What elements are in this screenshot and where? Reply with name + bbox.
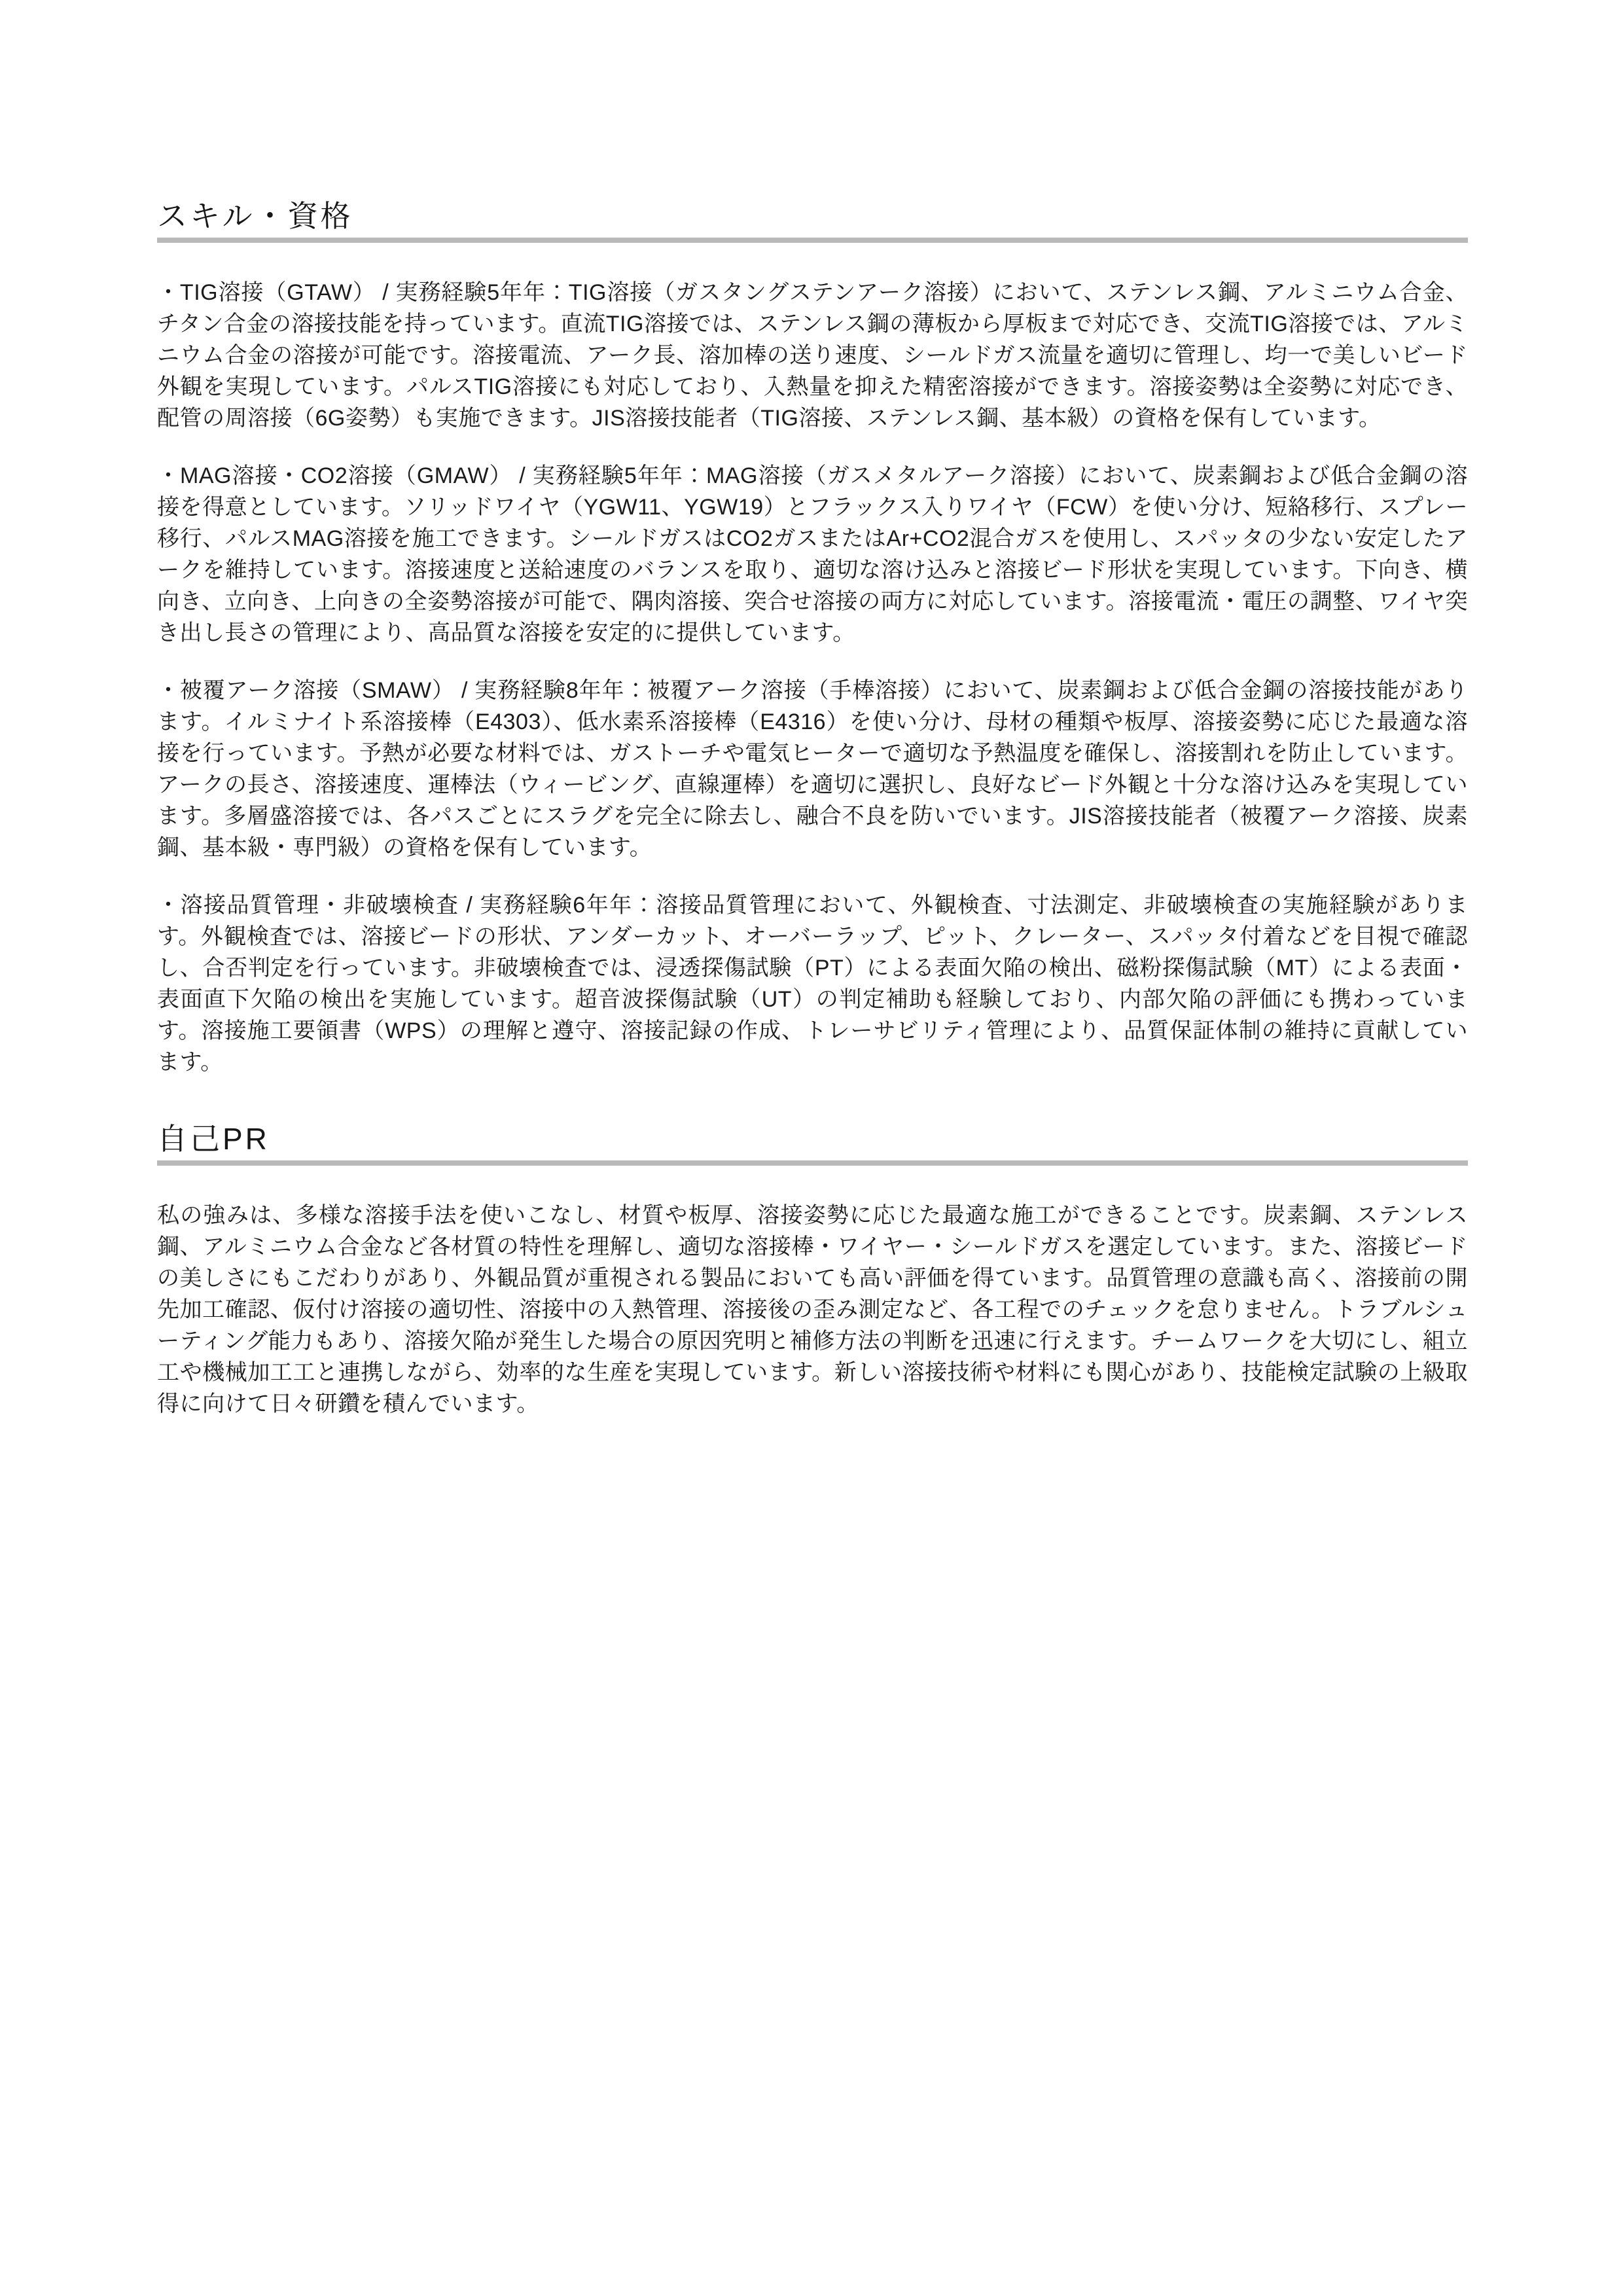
paragraph-quality-inspection: ・溶接品質管理・非破壊検査 / 実務経験6年年：溶接品質管理において、外観検査、… [157, 889, 1468, 1078]
section-divider [157, 238, 1468, 243]
section-heading-self-pr: 自己PR [157, 1122, 1468, 1155]
resume-page: スキル・資格 ・TIG溶接（GTAW） / 実務経験5年年：TIG溶接（ガスタン… [0, 0, 1623, 2296]
paragraph-self-pr: 私の強みは、多様な溶接手法を使いこなし、材質や板厚、溶接姿勢に応じた最適な施工が… [157, 1200, 1468, 1420]
paragraph-tig-welding: ・TIG溶接（GTAW） / 実務経験5年年：TIG溶接（ガスタングステンアーク… [157, 277, 1468, 434]
section-self-pr: 自己PR 私の強みは、多様な溶接手法を使いこなし、材質や板厚、溶接姿勢に応じた最… [157, 1122, 1468, 1420]
section-skills: スキル・資格 ・TIG溶接（GTAW） / 実務経験5年年：TIG溶接（ガスタン… [157, 200, 1468, 1078]
section-heading-skills: スキル・資格 [157, 200, 1468, 232]
paragraph-mag-co2-welding: ・MAG溶接・CO2溶接（GMAW） / 実務経験5年年：MAG溶接（ガスメタル… [157, 460, 1468, 649]
section-divider [157, 1160, 1468, 1166]
paragraph-smaw-welding: ・被覆アーク溶接（SMAW） / 実務経験8年年：被覆アーク溶接（手棒溶接）にお… [157, 675, 1468, 863]
